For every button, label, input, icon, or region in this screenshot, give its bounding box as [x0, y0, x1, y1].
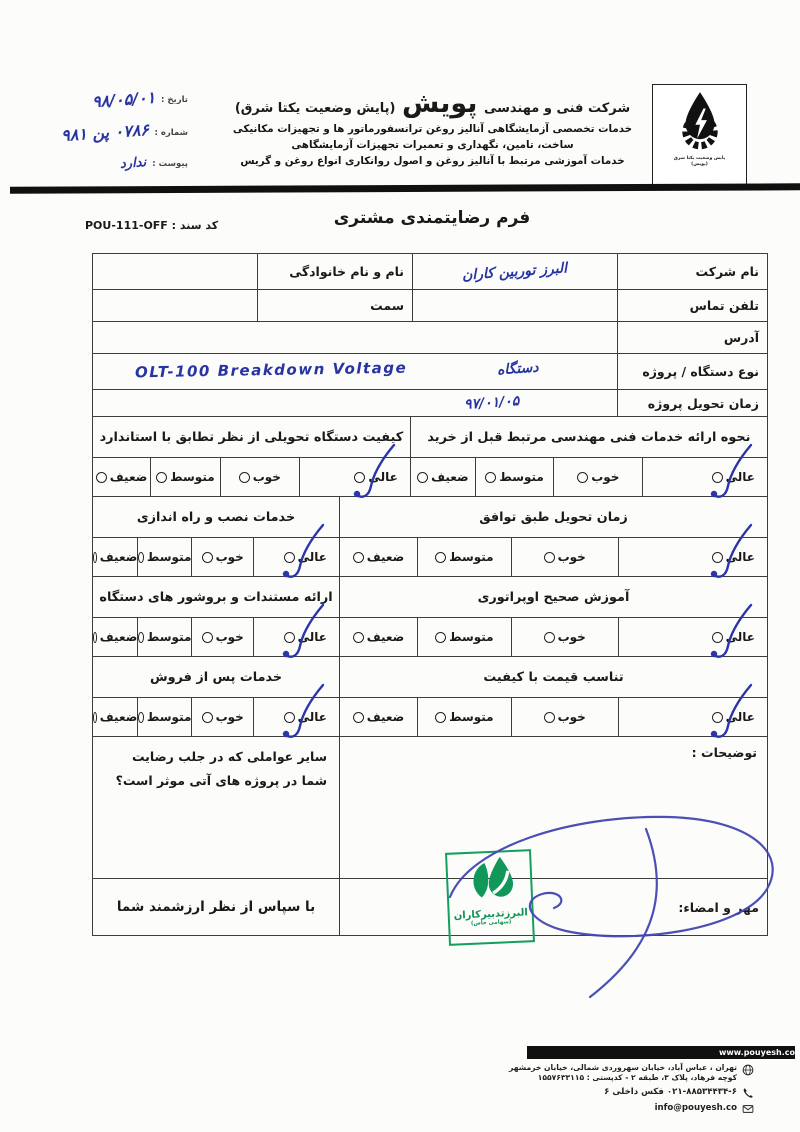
footer-contact-block: تهران ، عباس آباد، خیابان سهروردی شمالی،… — [498, 1063, 754, 1118]
logo-caption: پایش وضعیت یکتا شرق (پویش) — [674, 156, 726, 168]
option-label: خوب — [253, 470, 281, 484]
option-circle — [485, 472, 496, 483]
option-label: متوسط — [449, 630, 494, 644]
rating-option-average: متوسط — [150, 458, 220, 496]
rating-options: عالیخوبمتوسطضعیف — [411, 458, 767, 496]
doc-code-value: POU-111-OFF — [85, 219, 168, 232]
form-table: نام شرکت البرز توربین کاران نام و نام خا… — [92, 253, 768, 936]
address-label: آدرس — [617, 322, 767, 353]
rating-row: تناسب قیمت با کیفیتعالیخوبمتوسطضعیفخدمات… — [93, 657, 767, 737]
service-line: خدمات آموزشی مرتبط با آنالیز روغن و اصول… — [225, 155, 640, 167]
scanned-customer-satisfaction-form: تاریخ : ۹۸/۰۵/۰۱ شماره : ۰۷۸۶ پن ۹۸۱ پیو… — [0, 0, 800, 1132]
handwritten-device-en: OLT-100 Breakdown Voltage — [135, 359, 407, 382]
rating-options: عالیخوبمتوسطضعیف — [340, 618, 767, 656]
option-circle — [138, 552, 144, 563]
rating-option-weak: ضعیف — [411, 458, 475, 496]
company-name-field: البرز توربین کاران — [412, 254, 617, 289]
stamp-drop-leaf-icon — [461, 852, 517, 910]
date-row: تاریخ : ۹۸/۰۵/۰۱ — [18, 90, 188, 109]
option-circle — [353, 632, 364, 643]
rating-option-good: خوب — [511, 698, 618, 736]
handwritten-date: ۹۸/۰۵/۰۱ — [91, 88, 155, 111]
device-type-row: نوع دستگاه / پروژه دستگاه OLT-100 Breakd… — [93, 354, 767, 390]
rating-options: عالیخوبمتوسطضعیف — [340, 538, 767, 576]
rating-row: نحوه ارائه خدمات فنی مهندسی مرتبط قبل از… — [93, 417, 767, 497]
rating-option-excellent: عالی — [253, 698, 339, 736]
rating-option-good: خوب — [191, 698, 253, 736]
option-circle — [435, 632, 446, 643]
company-title: شرکت فنی و مهندسی پویش (پایش وضعیت یکتا … — [225, 88, 640, 119]
address-row: آدرس — [93, 322, 767, 354]
rating-option-good: خوب — [553, 458, 642, 496]
option-circle — [544, 712, 555, 723]
rating-section: زمان تحویل طبق توافقعالیخوبمتوسطضعیف — [339, 497, 767, 576]
position-label: سمت — [257, 290, 412, 321]
comments-cell: توضیحات : — [339, 737, 767, 878]
option-circle — [712, 632, 723, 643]
thanks-cell: با سپاس از نظر ارزشمند شما — [93, 879, 339, 935]
rating-option-weak: ضعیف — [340, 538, 417, 576]
option-label: عالی — [368, 470, 397, 484]
option-circle — [544, 632, 555, 643]
option-label: خوب — [558, 550, 586, 564]
rating-option-average: متوسط — [417, 618, 511, 656]
mail-icon — [742, 1103, 754, 1115]
stamp-signature-label: مهر و امضاء: — [678, 900, 759, 915]
brand-suffix: (پایش وضعیت یکتا شرق) — [235, 101, 396, 116]
option-label: ضعیف — [367, 550, 405, 564]
option-label: خوب — [216, 630, 244, 644]
rating-option-excellent: عالی — [642, 458, 767, 496]
rating-section: آموزش صحیح اوپراتوریعالیخوبمتوسطضعیف — [339, 577, 767, 656]
option-circle — [96, 472, 107, 483]
footer-phone: ۰۲۱-۸۸۵۳۴۴۳۴-۶ فکس داخلی ۶ — [604, 1086, 737, 1098]
position-field — [93, 290, 257, 321]
footer-email-row: info@pouyesh.co — [498, 1102, 754, 1115]
delivery-time-field: ۹۷/۰۱/۰۵ — [93, 390, 617, 416]
delivery-time-label: زمان تحویل پروژه — [617, 390, 767, 416]
option-circle — [93, 632, 97, 643]
option-circle — [138, 632, 144, 643]
option-circle — [712, 712, 723, 723]
signoff-row: مهر و امضاء: با سپاس از نظر ارزشمند شما — [93, 879, 767, 935]
option-label: خوب — [216, 710, 244, 724]
option-circle — [239, 472, 250, 483]
option-label: متوسط — [147, 550, 192, 564]
attachment-label: پیوست : — [152, 159, 188, 169]
rating-section-title: زمان تحویل طبق توافق — [340, 497, 767, 538]
rating-options: عالیخوبمتوسطضعیف — [93, 698, 339, 736]
handwritten-delivery-date: ۹۷/۰۱/۰۵ — [463, 393, 519, 413]
globe-icon — [742, 1064, 754, 1076]
option-circle — [284, 712, 295, 723]
option-circle — [544, 552, 555, 563]
oil-drop-gear-logo-icon — [671, 90, 729, 156]
rating-option-weak: ضعیف — [93, 698, 137, 736]
rating-section-title: ارائه مستندات و بروشور های دستگاه — [93, 577, 339, 618]
rating-option-good: خوب — [191, 618, 253, 656]
comments-row: توضیحات : سایر عواملی که در جلب رضایت شم… — [93, 737, 767, 879]
company-stamp: البرزتدبیرکاران (سهامی خاص) — [445, 849, 535, 946]
rating-section-title: نحوه ارائه خدمات فنی مهندسی مرتبط قبل از… — [411, 417, 767, 458]
device-type-field: دستگاه OLT-100 Breakdown Voltage — [93, 354, 617, 389]
address-field — [93, 322, 617, 353]
document-code: کد سند : POU-111-OFF — [85, 219, 218, 232]
attachment-row: پیوست : ندارد — [18, 156, 188, 171]
stamp-signature-cell: مهر و امضاء: — [339, 879, 767, 935]
rating-option-excellent: عالی — [618, 618, 767, 656]
device-type-label: نوع دستگاه / پروژه — [617, 354, 767, 389]
rating-section: خدمات نصب و راه اندازیعالیخوبمتوسطضعیف — [93, 497, 339, 576]
fullname-label: نام و نام خانوادگی — [257, 254, 412, 289]
letterhead-meta: تاریخ : ۹۸/۰۵/۰۱ شماره : ۰۷۸۶ پن ۹۸۱ پیو… — [18, 90, 188, 185]
letterhead-brand: شرکت فنی و مهندسی پویش (پایش وضعیت یکتا … — [225, 88, 640, 167]
option-label: متوسط — [147, 630, 192, 644]
company-line: شرکت فنی و مهندسی — [484, 101, 630, 116]
option-label: ضعیف — [367, 630, 405, 644]
option-circle — [354, 472, 365, 483]
option-label: ضعیف — [100, 630, 138, 644]
option-circle — [93, 552, 97, 563]
rating-section-title: تناسب قیمت با کیفیت — [340, 657, 767, 698]
option-circle — [417, 472, 428, 483]
rating-option-average: متوسط — [417, 698, 511, 736]
option-circle — [202, 552, 213, 563]
rating-row: آموزش صحیح اوپراتوریعالیخوبمتوسطضعیفارائ… — [93, 577, 767, 657]
rating-section-title: خدمات نصب و راه اندازی — [93, 497, 339, 538]
company-logo: پایش وضعیت یکتا شرق (پویش) — [652, 84, 747, 187]
rating-options: عالیخوبمتوسطضعیف — [93, 458, 410, 496]
option-circle — [577, 472, 588, 483]
rating-option-average: متوسط — [137, 698, 191, 736]
company-name-label: نام شرکت — [617, 254, 767, 289]
footer-phone-row: ۰۲۱-۸۸۵۳۴۴۳۴-۶ فکس داخلی ۶ — [498, 1086, 754, 1099]
rating-options: عالیخوبمتوسطضعیف — [93, 538, 339, 576]
rating-option-average: متوسط — [137, 538, 191, 576]
rating-section-title: خدمات پس از فروش — [93, 657, 339, 698]
comments-label: توضیحات : — [692, 745, 757, 760]
option-label: ضعیف — [367, 710, 405, 724]
option-circle — [202, 712, 213, 723]
option-label: متوسط — [147, 710, 192, 724]
handwritten-device-fa: دستگاه — [497, 360, 540, 379]
option-label: عالی — [298, 710, 327, 724]
option-circle — [435, 552, 446, 563]
rating-option-weak: ضعیف — [93, 538, 137, 576]
rating-options: عالیخوبمتوسطضعیف — [93, 618, 339, 656]
option-label: متوسط — [499, 470, 544, 484]
rating-option-excellent: عالی — [299, 458, 410, 496]
option-label: عالی — [298, 550, 327, 564]
option-circle — [93, 712, 97, 723]
option-circle — [284, 632, 295, 643]
rating-option-weak: ضعیف — [93, 458, 150, 496]
rating-section-title: کیفیت دستگاه تحویلی از نظر تطابق با استا… — [93, 417, 410, 458]
option-label: خوب — [216, 550, 244, 564]
option-label: خوب — [558, 630, 586, 644]
option-label: متوسط — [170, 470, 215, 484]
number-label: شماره : — [154, 128, 188, 138]
rating-option-good: خوب — [191, 538, 253, 576]
option-circle — [353, 552, 364, 563]
rating-option-excellent: عالی — [618, 538, 767, 576]
delivery-time-row: زمان تحویل پروژه ۹۷/۰۱/۰۵ — [93, 390, 767, 417]
option-label: عالی — [726, 710, 755, 724]
rating-option-weak: ضعیف — [93, 618, 137, 656]
rating-option-good: خوب — [511, 618, 618, 656]
company-name-row: نام شرکت البرز توربین کاران نام و نام خا… — [93, 254, 767, 290]
service-line: خدمات تخصصی آزمایشگاهی آنالیز روغن ترانس… — [225, 123, 640, 135]
option-label: ضعیف — [100, 550, 138, 564]
option-circle — [138, 712, 144, 723]
rating-section: خدمات پس از فروشعالیخوبمتوسطضعیف — [93, 657, 339, 736]
fullname-field — [93, 254, 257, 289]
option-label: ضعیف — [100, 710, 138, 724]
rating-option-excellent: عالی — [253, 538, 339, 576]
option-circle — [353, 712, 364, 723]
doc-code-label: کد سند : — [172, 219, 218, 232]
ratings-grid: نحوه ارائه خدمات فنی مهندسی مرتبط قبل از… — [93, 417, 767, 737]
rating-section: کیفیت دستگاه تحویلی از نظر تطابق با استا… — [93, 417, 410, 496]
rating-option-average: متوسط — [137, 618, 191, 656]
rating-section: ارائه مستندات و بروشور های دستگاهعالیخوب… — [93, 577, 339, 656]
option-label: متوسط — [449, 550, 494, 564]
footer-address-row: تهران ، عباس آباد، خیابان سهروردی شمالی،… — [498, 1063, 754, 1083]
phone-row: تلفن تماس سمت — [93, 290, 767, 322]
number-row: شماره : ۰۷۸۶ پن ۹۸۱ — [18, 123, 188, 142]
option-circle — [712, 472, 723, 483]
rating-section-title: آموزش صحیح اوپراتوری — [340, 577, 767, 618]
footer-website-bar: www.pouyesh.co — [527, 1046, 795, 1059]
phone-field — [412, 290, 617, 321]
option-label: ضعیف — [431, 470, 469, 484]
option-label: ضعیف — [110, 470, 148, 484]
date-label: تاریخ : — [161, 95, 188, 105]
rating-option-average: متوسط — [417, 538, 511, 576]
brand-name: پویش — [402, 88, 477, 119]
option-circle — [712, 552, 723, 563]
handwritten-attachment: ندارد — [120, 155, 147, 172]
rating-section: تناسب قیمت با کیفیتعالیخوبمتوسطضعیف — [339, 657, 767, 736]
phone-icon — [742, 1087, 754, 1099]
option-label: عالی — [726, 550, 755, 564]
option-label: عالی — [298, 630, 327, 644]
phone-label: تلفن تماس — [617, 290, 767, 321]
rating-option-weak: ضعیف — [340, 698, 417, 736]
option-circle — [156, 472, 167, 483]
rating-option-good: خوب — [220, 458, 299, 496]
option-label: خوب — [591, 470, 619, 484]
option-label: خوب — [558, 710, 586, 724]
service-line: ساخت، تامین، نگهداری و تعمیرات تجهیزات آ… — [225, 139, 640, 151]
option-label: عالی — [726, 630, 755, 644]
option-circle — [284, 552, 295, 563]
rating-option-excellent: عالی — [253, 618, 339, 656]
option-circle — [435, 712, 446, 723]
page-title: فرم رضایتمندی مشتری — [232, 208, 632, 228]
option-circle — [202, 632, 213, 643]
stamp-company-type: (سهامی خاص) — [471, 919, 512, 927]
handwritten-company-name: البرز توربین کاران — [462, 260, 568, 283]
footer-address: تهران ، عباس آباد، خیابان سهروردی شمالی،… — [509, 1063, 737, 1083]
rating-row: زمان تحویل طبق توافقعالیخوبمتوسطضعیفخدما… — [93, 497, 767, 577]
footer-email: info@pouyesh.co — [655, 1102, 737, 1114]
option-label: متوسط — [449, 710, 494, 724]
rating-option-weak: ضعیف — [340, 618, 417, 656]
other-factors-cell: سایر عواملی که در جلب رضایت شما در پروژه… — [93, 737, 339, 878]
website-url: www.pouyesh.co — [714, 1048, 795, 1057]
rating-option-average: متوسط — [475, 458, 553, 496]
rating-option-excellent: عالی — [618, 698, 767, 736]
handwritten-number: ۰۷۸۶ پن ۹۸۱ — [60, 120, 149, 145]
rating-options: عالیخوبمتوسطضعیف — [340, 698, 767, 736]
rating-option-good: خوب — [511, 538, 618, 576]
rating-section: نحوه ارائه خدمات فنی مهندسی مرتبط قبل از… — [410, 417, 767, 496]
option-label: عالی — [726, 470, 755, 484]
